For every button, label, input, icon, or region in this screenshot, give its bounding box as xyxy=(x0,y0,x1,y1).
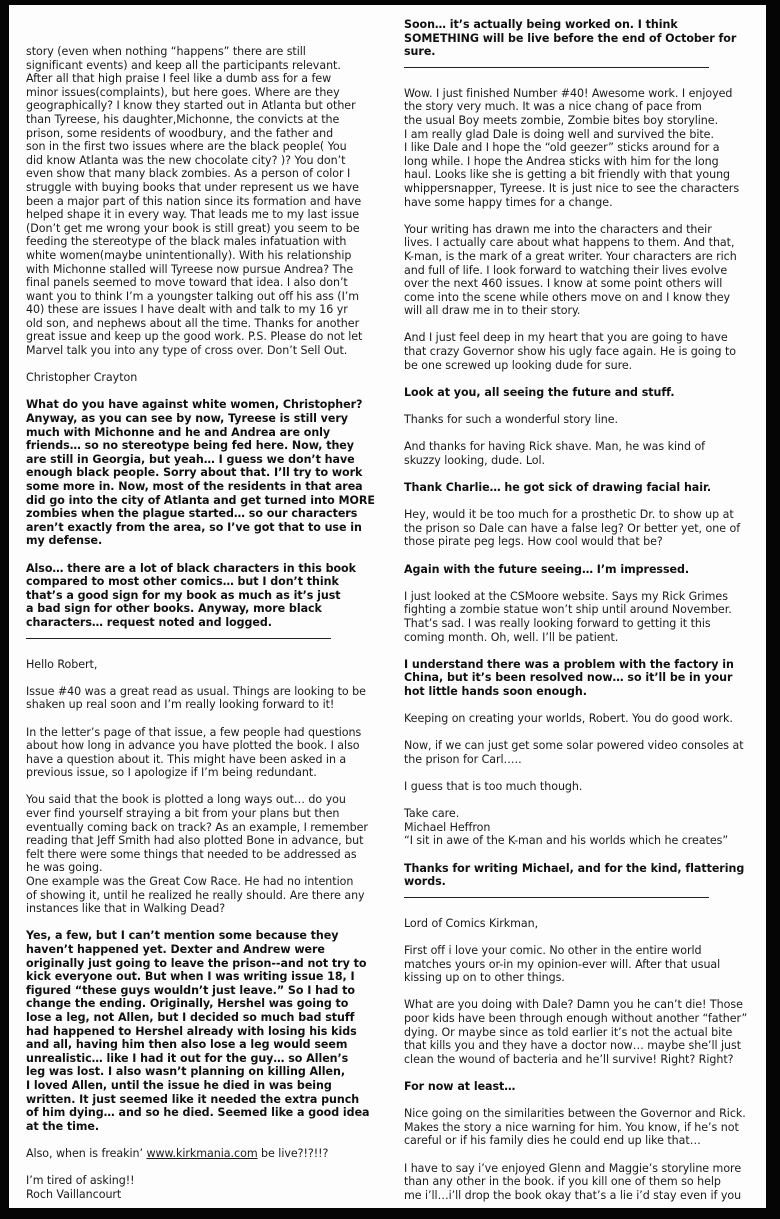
text-line: “I sit in awe of the K-man and his world… xyxy=(404,834,754,848)
text-line: those pirate peg legs. How cool would th… xyxy=(404,535,754,549)
text-line: kick everyone out. But when I was writin… xyxy=(26,970,378,984)
text-line: reading that Jeff Smith had also plotted… xyxy=(26,834,378,848)
text-line: originally just going to leave the priso… xyxy=(26,957,378,971)
text-line: words. xyxy=(404,875,754,889)
text-line: enough black people. Sorry about that. I… xyxy=(26,466,378,480)
text-line: have some happy times for a change. xyxy=(404,196,754,210)
text-line: about how long in advance you have plott… xyxy=(26,739,378,753)
letter-divider xyxy=(404,897,709,898)
text-line: and full of life. I look forward to watc… xyxy=(404,264,754,278)
text-line: the usual Boy meets zombie, Zombie bites… xyxy=(404,114,754,128)
text-line: change the ending. Originally, Hershel w… xyxy=(26,997,378,1011)
text-line: are still in Georgia, but yeah… I guess … xyxy=(26,453,378,467)
letter-paragraph: Issue #40 was a great read as usual. Thi… xyxy=(26,685,378,712)
text-line: aren’t exactly from the area, so I’ve go… xyxy=(26,521,378,535)
text-line: Now, if we can just get some solar power… xyxy=(404,739,754,753)
text-line: me i’ll…i’ll drop the book okay that’s a… xyxy=(404,1189,754,1203)
text-line: I’m tired of asking!! xyxy=(26,1174,378,1188)
text-line: my defense. xyxy=(26,534,378,548)
text-line: friends… so no stereotype being fed here… xyxy=(26,439,378,453)
text-line: What do you have against white women, Ch… xyxy=(26,398,378,412)
text-line: K-man, is the mark of a great writer. Yo… xyxy=(404,250,754,264)
text-line: fighting a zombie statue won’t ship unti… xyxy=(404,603,754,617)
text-line: feeding the stereotype of the black male… xyxy=(26,235,378,249)
letter-paragraph: Now, if we can just get some solar power… xyxy=(404,739,754,766)
text-line: have a question about it. This might hav… xyxy=(26,753,378,767)
text-line: poor kids have been through enough witho… xyxy=(404,1012,754,1026)
text-line: white women(maybe unintentionally). With… xyxy=(26,249,378,263)
text-line: I like Dale and I hope the “old geezer” … xyxy=(404,141,754,155)
text-line: ever find yourself straying a bit from y… xyxy=(26,807,378,821)
letter-paragraph: Nice going on the similarities between t… xyxy=(404,1107,754,1148)
text-line: had happened to Hershel already with los… xyxy=(26,1025,378,1039)
text-line: been a major part of this nation since i… xyxy=(26,195,378,209)
text-line: with Michonne stalled will Tyreese now p… xyxy=(26,263,378,277)
letter-paragraph: story (even when nothing “happens” there… xyxy=(26,45,378,358)
text-line: of him dying… and so he died. Seemed lik… xyxy=(26,1106,378,1120)
editor-reply: Again with the future seeing… I’m impres… xyxy=(404,563,754,577)
text-line: old son, and nephews about all the time.… xyxy=(26,317,378,331)
text-line: that’s a good sign for my book as much a… xyxy=(26,589,378,603)
text-line: final panels seemed to move toward that … xyxy=(26,276,378,290)
text-line: did go into the city of Atlanta and get … xyxy=(26,494,378,508)
text-line: and all, having him then also lose a leg… xyxy=(26,1038,378,1052)
text-line: struggle with buying books that under re… xyxy=(26,181,378,195)
paragraph-text: Also, when is freakin’ xyxy=(26,1147,146,1160)
text-line: SOMETHING will be live before the end of… xyxy=(404,32,754,46)
editor-reply: I understand there was a problem with th… xyxy=(404,658,754,699)
text-line: Roch Vaillancourt xyxy=(26,1188,378,1202)
letter-paragraph: Hey, would it be too much for a prosthet… xyxy=(404,508,754,549)
text-line: In the letter’s page of that issue, a fe… xyxy=(26,726,378,740)
text-line: Also… there are a lot of black character… xyxy=(26,562,378,576)
text-line: geographically? I know they started out … xyxy=(26,99,378,113)
text-line: I understand there was a problem with th… xyxy=(404,658,754,672)
text-line: What are you doing with Dale? Damn you h… xyxy=(404,998,754,1012)
text-line: whippersnapper, Tyreese. It is just nice… xyxy=(404,182,754,196)
letter-paragraph: I just looked at the CSMoore website. Sa… xyxy=(404,590,754,644)
text-line: Yes, a few, but I can’t mention some bec… xyxy=(26,929,378,943)
text-line: story (even when nothing “happens” there… xyxy=(26,45,378,59)
text-line: I just looked at the CSMoore website. Sa… xyxy=(404,590,754,604)
letter-divider xyxy=(26,638,331,639)
letter-paragraph: And I just feel deep in my heart that yo… xyxy=(404,331,754,372)
text-line: want you to think I’m a youngster talkin… xyxy=(26,290,378,304)
text-line: Your writing has drawn me into the chara… xyxy=(404,223,754,237)
text-line: clean the wound of bacteria and he’ll su… xyxy=(404,1053,754,1067)
text-line: long while. I hope the Andrea sticks wit… xyxy=(404,155,754,169)
text-line: compared to most other comics… but I don… xyxy=(26,575,378,589)
text-line: First off i love your comic. No other in… xyxy=(404,944,754,958)
text-line: Nice going on the similarities between t… xyxy=(404,1107,754,1121)
text-line: son in the first two issues where are th… xyxy=(26,140,378,154)
text-line: much with Michonne and he and Andrea are… xyxy=(26,426,378,440)
text-line: Wow. I just finished Number #40! Awesome… xyxy=(404,87,754,101)
text-line: did know Atlanta was the new chocolate c… xyxy=(26,154,378,168)
letter-paragraph: Wow. I just finished Number #40! Awesome… xyxy=(404,87,754,209)
text-line: than any other in the book. if you kill … xyxy=(404,1175,754,1189)
text-line: That’s sad. I was really looking forward… xyxy=(404,617,754,631)
text-line: I loved Allen, until the issue he died i… xyxy=(26,1079,378,1093)
text-line: haul. Looks like she is getting a bit fr… xyxy=(404,168,754,182)
letters-page: story (even when nothing “happens” there… xyxy=(9,5,766,1208)
text-line: felt there were some things that needed … xyxy=(26,848,378,862)
text-line: the prison so Dale can have a false leg?… xyxy=(404,522,754,536)
text-line: eventually coming back on track? As an e… xyxy=(26,821,378,835)
text-line: instances like that in Walking Dead? xyxy=(26,902,378,916)
letter-paragraph: Also, when is freakin’ www.kirkmania.com… xyxy=(26,1147,378,1161)
editor-reply: Soon… it’s actually being worked on. I t… xyxy=(404,18,754,59)
text-line: even show that many black zombies. As a … xyxy=(26,167,378,181)
text-line: Issue #40 was a great read as usual. Thi… xyxy=(26,685,378,699)
text-line: the prison for Carl….. xyxy=(404,753,754,767)
letter-divider xyxy=(404,67,709,68)
text-line: hot little hands soon enough. xyxy=(404,685,754,699)
right-column: Soon… it’s actually being worked on. I t… xyxy=(404,18,754,1216)
text-line: careful or if his family dies he could e… xyxy=(404,1134,754,1148)
text-line: he was going. xyxy=(26,861,378,875)
text-line: the story very much. It was a nice chang… xyxy=(404,100,754,114)
text-line: kissing up on to other things. xyxy=(404,971,754,985)
text-line: a bad sign for other books. Anyway, more… xyxy=(26,602,378,616)
kirkmania-link[interactable]: www.kirkmania.com xyxy=(146,1147,257,1160)
text-line: Soon… it’s actually being worked on. I t… xyxy=(404,18,754,32)
text-line: leg was lost. I also wasn’t planning on … xyxy=(26,1065,378,1079)
text-line: And thanks for having Rick shave. Man, h… xyxy=(404,440,754,454)
editor-reply: Look at you, all seeing the future and s… xyxy=(404,386,754,400)
text-line: 40) these are issues I have dealt with a… xyxy=(26,303,378,317)
editor-reply: What do you have against white women, Ch… xyxy=(26,398,378,548)
text-line: coming month. Oh, well. I’ll be patient. xyxy=(404,631,754,645)
text-line: I am really glad Dale is doing well and … xyxy=(404,128,754,142)
text-line: prison, some residents of woodbury, and … xyxy=(26,127,378,141)
text-line: that kills you and they have a doctor no… xyxy=(404,1039,754,1053)
text-line: And I just feel deep in my heart that yo… xyxy=(404,331,754,345)
text-line: matches yours or-in my opinion-ever will… xyxy=(404,958,754,972)
text-line: haven’t happened yet. Dexter and Andrew … xyxy=(26,943,378,957)
letter-signature: Christopher Crayton xyxy=(26,371,378,385)
text-line: written. It just seemed like it needed t… xyxy=(26,1093,378,1107)
letter-paragraph: Thanks for such a wonderful story line. xyxy=(404,413,754,427)
letter-paragraph: And thanks for having Rick shave. Man, h… xyxy=(404,440,754,467)
text-line: skuzzy looking, dude. Lol. xyxy=(404,454,754,468)
letter-paragraph: I have to say i’ve enjoyed Glenn and Mag… xyxy=(404,1162,754,1203)
text-line: shaken up real soon and I’m really looki… xyxy=(26,698,378,712)
text-line: some more in. Now, most of the residents… xyxy=(26,480,378,494)
text-line: at the time. xyxy=(26,1120,378,1134)
text-line: (Don’t get me wrong your book is still g… xyxy=(26,222,378,236)
letter-paragraph: What are you doing with Dale? Damn you h… xyxy=(404,998,754,1066)
text-line: minor issues(complaints), but here goes.… xyxy=(26,86,378,100)
letter-paragraph: Keeping on creating your worlds, Robert.… xyxy=(404,712,754,726)
text-line: sure. xyxy=(404,45,754,59)
text-line: be one screwed up looking dude for sure. xyxy=(404,359,754,373)
left-column: story (even when nothing “happens” there… xyxy=(26,45,378,1215)
letter-greeting: Hello Robert, xyxy=(26,658,378,672)
text-line: zombies when the plague started… so our … xyxy=(26,507,378,521)
text-line: dying. Or maybe since as told earlier it… xyxy=(404,1026,754,1040)
letter-paragraph: Your writing has drawn me into the chara… xyxy=(404,223,754,318)
text-line: that crazy Governor show his ugly face a… xyxy=(404,345,754,359)
text-line: over the next 460 issues. I know at some… xyxy=(404,277,754,291)
text-line: figured “these guys wouldn’t just leave.… xyxy=(26,984,378,998)
text-line: Michael Heffron xyxy=(404,821,754,835)
text-line: lives. I actually care about what happen… xyxy=(404,236,754,250)
text-line: unrealistic… like I had it out for the g… xyxy=(26,1052,378,1066)
text-line: After all that high praise I feel like a… xyxy=(26,72,378,86)
text-line: lose a leg, not Allen, but I decided so … xyxy=(26,1011,378,1025)
text-line: Take care. xyxy=(404,807,754,821)
editor-reply: Also… there are a lot of black character… xyxy=(26,562,378,630)
text-line: helped shape it in every way. That leads… xyxy=(26,208,378,222)
letter-paragraph: I guess that is too much though. xyxy=(404,780,754,794)
text-line: Anyway, as you can see by now, Tyreese i… xyxy=(26,412,378,426)
text-line: Hey, would it be too much for a prosthet… xyxy=(404,508,754,522)
editor-reply: Yes, a few, but I can’t mention some bec… xyxy=(26,929,378,1133)
letter-paragraph: In the letter’s page of that issue, a fe… xyxy=(26,726,378,780)
editor-reply: Thanks for writing Michael, and for the … xyxy=(404,862,754,889)
paragraph-text: be live?!?!!? xyxy=(258,1147,329,1160)
text-line: China, but it’s been resolved now… so it… xyxy=(404,671,754,685)
text-line: will all draw me in to their story. xyxy=(404,304,754,318)
text-line: come into the scene while others move on… xyxy=(404,291,754,305)
text-line: characters… request noted and logged. xyxy=(26,616,378,630)
text-line: than Tyreese, his daughter,Michonne, the… xyxy=(26,113,378,127)
text-line: I have to say i’ve enjoyed Glenn and Mag… xyxy=(404,1162,754,1176)
letter-greeting: Lord of Comics Kirkman, xyxy=(404,917,754,931)
text-line: Makes the story a nice warning for him. … xyxy=(404,1121,754,1135)
letter-signature: Take care.Michael Heffron“I sit in awe o… xyxy=(404,807,754,848)
letter-paragraph: First off i love your comic. No other in… xyxy=(404,944,754,985)
editor-reply: For now at least… xyxy=(404,1080,754,1094)
text-line: of showing it, until he realized he real… xyxy=(26,889,378,903)
text-line: Marvel talk you into any type of cross o… xyxy=(26,344,378,358)
text-line: significant events) and keep all the par… xyxy=(26,59,378,73)
editor-reply: Thank Charlie… he got sick of drawing fa… xyxy=(404,481,754,495)
text-line: great issue and keep up the good work. P… xyxy=(26,330,378,344)
letter-signature: I’m tired of asking!!Roch Vaillancourt xyxy=(26,1174,378,1201)
text-line: You said that the book is plotted a long… xyxy=(26,793,378,807)
text-line: previous issue, so I apologize if I’m be… xyxy=(26,766,378,780)
text-line: One example was the Great Cow Race. He h… xyxy=(26,875,378,889)
letter-paragraph: You said that the book is plotted a long… xyxy=(26,793,378,915)
text-line: Thanks for writing Michael, and for the … xyxy=(404,862,754,876)
